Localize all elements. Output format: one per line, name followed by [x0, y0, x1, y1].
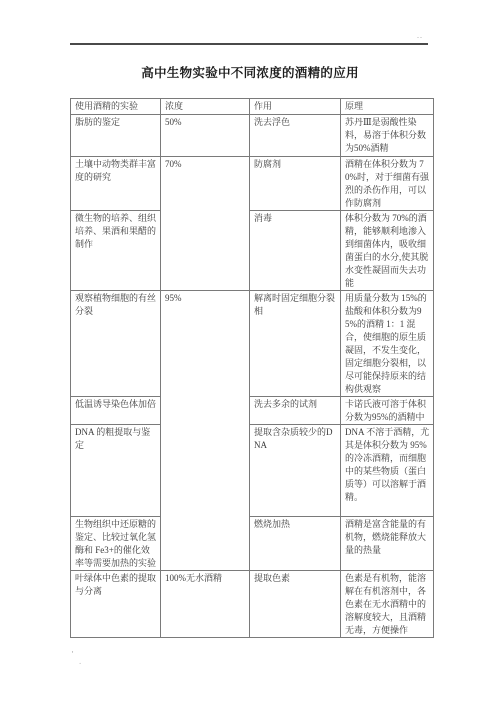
page-title: 高中生物实验中不同浓度的酒精的应用 [0, 63, 500, 81]
cell-effect: 洗去多余的试剂 [250, 397, 341, 425]
cell-experiment: 低温诱导染色体加倍 [71, 397, 161, 425]
table-header-row: 使用酒精的实验 浓度 作用 原理 [71, 99, 434, 115]
cell-experiment: 生物组织中还原糖的鉴定、比较过氧化氢酶和 Fe3+的催化效率等需要加热的实验 [71, 517, 161, 571]
cell-concentration: 70% [161, 157, 250, 291]
cell-effect: 洗去浮色 [250, 115, 341, 157]
cell-principle: 苏丹Ⅲ是弱酸性染料，易溶于体积分数为50%酒精 [341, 115, 434, 157]
cell-experiment: 土壤中动物类群丰富度的研究 [71, 157, 161, 211]
cell-principle: 酒精在体积分数为 70%时，对于细菌有强烈的杀伤作用，可以作防腐剂 [341, 157, 434, 211]
cell-concentration: 50% [161, 115, 250, 157]
cell-concentration: 100%无水酒精 [161, 571, 250, 638]
cell-principle: 体积分数为 70%的酒精，能够顺利地渗入到细菌体内，吸收细菌蛋白的水分,使其脱水… [341, 211, 434, 291]
cell-effect: 提取含杂质较少的DNA [250, 425, 341, 517]
table-row: 微生物的培养、组织培养、果酒和果醋的制作 消毒 体积分数为 70%的酒精，能够顺… [71, 211, 434, 291]
top-divider [70, 43, 428, 45]
cell-experiment: 微生物的培养、组织培养、果酒和果醋的制作 [71, 211, 161, 291]
document-page: .. 高中生物实验中不同浓度的酒精的应用 使用酒精的实验 浓度 作用 原理 脂肪… [0, 0, 500, 708]
cell-principle: 卡诺氏液可溶于体积分数为95%的酒精中 [341, 397, 434, 425]
cell-principle: 色素是有机物，能溶解在有机溶剂中，各色素在无水酒精中的溶解度较大，且酒精无毒，方… [341, 571, 434, 638]
table-row: DNA 的粗提取与鉴定 提取含杂质较少的DNA DNA 不溶于酒精，尤其是体积分… [71, 425, 434, 517]
header-effect: 作用 [250, 99, 341, 115]
cell-effect: 燃烧加热 [250, 517, 341, 571]
cell-principle: 用质量分数为 15%的盐酸和体积分数为95%的酒精 1：1 混合，使细胞的原生质… [341, 291, 434, 397]
cell-experiment: DNA 的粗提取与鉴定 [71, 425, 161, 517]
cell-effect: 提取色素 [250, 571, 341, 638]
cell-effect: 防腐剂 [250, 157, 341, 211]
table-row: 叶绿体中色素的提取与分离 100%无水酒精 提取色素 色素是有机物，能溶解在有机… [71, 571, 434, 638]
cell-principle: 酒精是富含能量的有机物，燃烧能释放大量的热量 [341, 517, 434, 571]
footer-mark: . [79, 656, 81, 666]
table-row: 低温诱导染色体加倍 洗去多余的试剂 卡诺氏液可溶于体积分数为95%的酒精中 [71, 397, 434, 425]
header-principle: 原理 [341, 99, 434, 115]
cell-experiment: 观察植物细胞的有丝分裂 [71, 291, 161, 397]
cell-effect: 消毒 [250, 211, 341, 291]
table-row: 生物组织中还原糖的鉴定、比较过氧化氢酶和 Fe3+的催化效率等需要加热的实验 燃… [71, 517, 434, 571]
header-experiment: 使用酒精的实验 [71, 99, 161, 115]
footer-mark: · [71, 647, 74, 657]
top-corner-mark: .. [417, 31, 423, 40]
cell-concentration: 95% [161, 291, 250, 571]
table-row: 土壤中动物类群丰富度的研究 70% 防腐剂 酒精在体积分数为 70%时，对于细菌… [71, 157, 434, 211]
table-row: 脂肪的鉴定 50% 洗去浮色 苏丹Ⅲ是弱酸性染料，易溶于体积分数为50%酒精 [71, 115, 434, 157]
alcohol-usage-table: 使用酒精的实验 浓度 作用 原理 脂肪的鉴定 50% 洗去浮色 苏丹Ⅲ是弱酸性染… [70, 98, 434, 638]
cell-principle: DNA 不溶于酒精，尤其是体积分数为 95%的冷冻酒精，而细胞中的某些物质（蛋白… [341, 425, 434, 517]
cell-experiment: 叶绿体中色素的提取与分离 [71, 571, 161, 638]
table-row: 观察植物细胞的有丝分裂 95% 解离时固定细胞分裂相 用质量分数为 15%的盐酸… [71, 291, 434, 397]
header-concentration: 浓度 [161, 99, 250, 115]
cell-effect: 解离时固定细胞分裂相 [250, 291, 341, 397]
cell-experiment: 脂肪的鉴定 [71, 115, 161, 157]
